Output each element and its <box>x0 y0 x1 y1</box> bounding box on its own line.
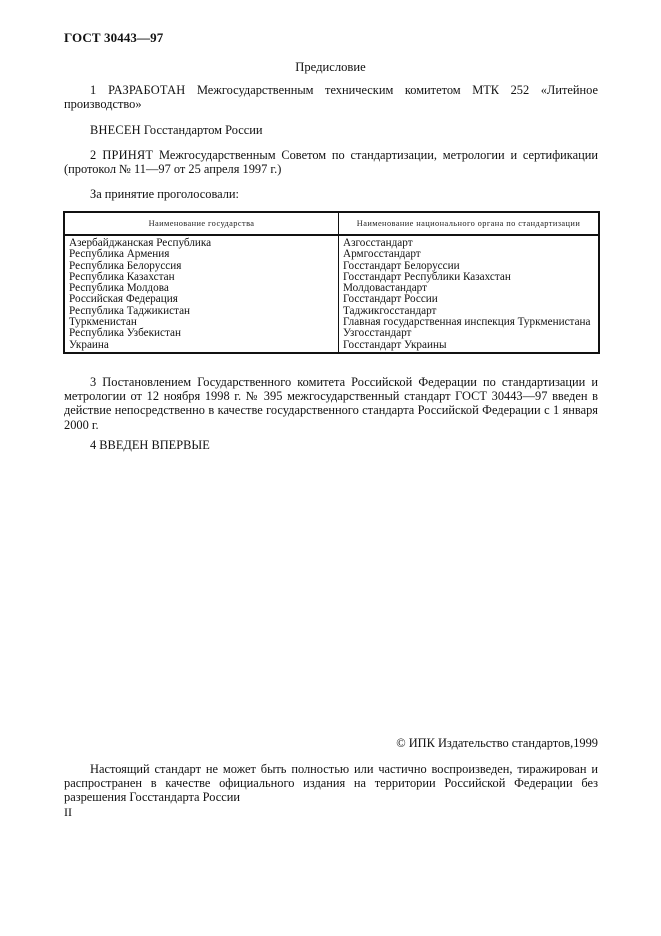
section-introduced: ВНЕСЕН Госстандартом России <box>64 123 598 137</box>
section-developed: 1 РАЗРАБОТАН Межгосударственным техничес… <box>64 83 598 111</box>
standards-body-cell: Госстандарт Украины <box>339 340 600 353</box>
page-title: Предисловие <box>0 60 661 75</box>
document-code-header: ГОСТ 30443—97 <box>64 30 163 46</box>
voted-label: За принятие проголосовали: <box>64 187 598 201</box>
table-row: Украина Госстандарт Украины <box>64 340 599 353</box>
voting-states-table: Наименование государства Наименование на… <box>63 211 600 354</box>
page-number: II <box>64 805 72 820</box>
state-cell: Украина <box>64 340 339 353</box>
table-row: Республика Армения Армгосстандарт <box>64 249 599 260</box>
standards-body-cell: Азгосстандарт <box>339 235 600 249</box>
section-text: Госстандартом России <box>141 123 263 137</box>
standards-body-cell: Узгосстандарт <box>339 328 600 339</box>
section-enacted: 3 Постановлением Государственного комите… <box>64 375 598 432</box>
column-header-state: Наименование государства <box>64 212 339 235</box>
standards-body-cell: Армгосстандарт <box>339 249 600 260</box>
section-lead: 2 ПРИНЯТ <box>90 148 153 162</box>
section-lead: ВНЕСЕН <box>90 123 141 137</box>
table-row: Республика Узбекистан Узгосстандарт <box>64 328 599 339</box>
section-lead: 1 РАЗРАБОТАН <box>90 83 185 97</box>
reproduction-notice: Настоящий стандарт не может быть полност… <box>64 762 598 805</box>
copyright-notice: © ИПК Издательство стандартов,1999 <box>64 736 598 751</box>
state-cell: Республика Армения <box>64 249 339 260</box>
table-header-row: Наименование государства Наименование на… <box>64 212 599 235</box>
section-adopted: 2 ПРИНЯТ Межгосударственным Советом по с… <box>64 148 598 176</box>
table-row: Азербайджанская Республика Азгосстандарт <box>64 235 599 249</box>
state-cell: Азербайджанская Республика <box>64 235 339 249</box>
section-first-introduced: 4 ВВЕДЕН ВПЕРВЫЕ <box>64 438 598 452</box>
column-header-standards-body: Наименование национального органа по ста… <box>339 212 600 235</box>
state-cell: Республика Узбекистан <box>64 328 339 339</box>
